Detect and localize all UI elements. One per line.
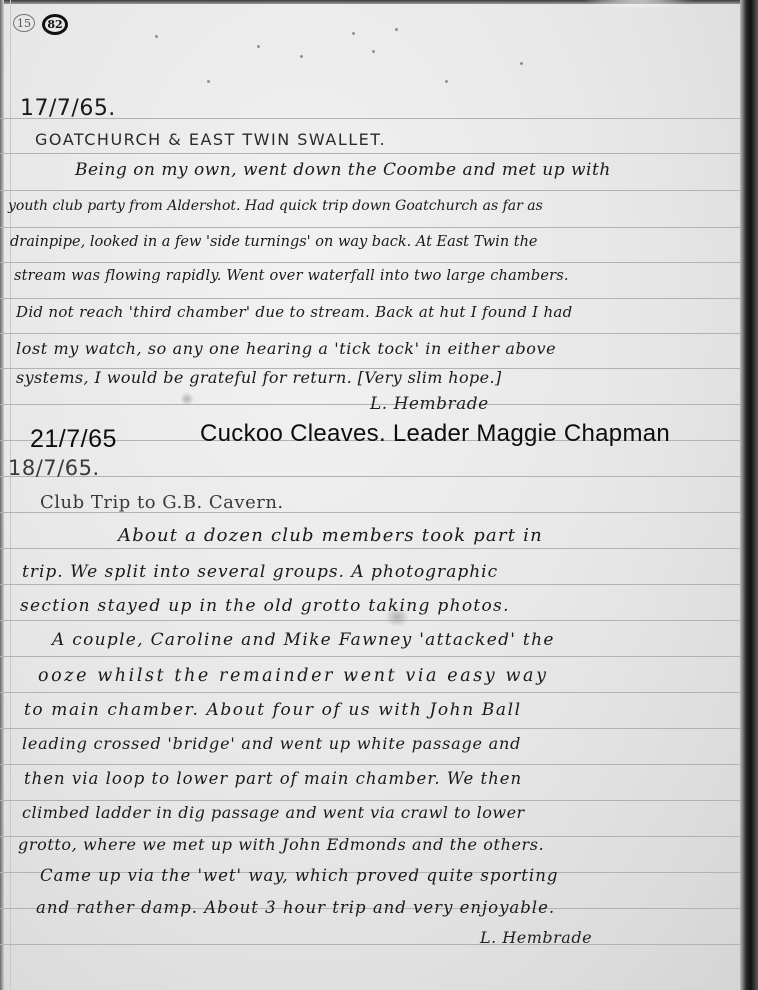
entry2-line: ooze whilst the remainder went via easy … <box>38 666 549 686</box>
ink-speck <box>155 35 158 38</box>
entry1-title: GOATCHURCH & EAST TWIN SWALLET. <box>35 130 386 149</box>
ruled-line <box>0 333 740 334</box>
entry2-line: A couple, Caroline and Mike Fawney 'atta… <box>52 630 555 650</box>
smudge <box>180 392 194 406</box>
entry2-line: grotto, where we met up with John Edmond… <box>18 835 544 854</box>
entry2-line: trip. We split into several groups. A ph… <box>22 562 498 582</box>
light-glare <box>578 0 698 10</box>
ruled-line <box>0 692 740 693</box>
ink-speck <box>300 55 303 58</box>
entry2-date: 18/7/65. <box>8 456 100 480</box>
ink-speck <box>520 62 523 65</box>
entry2-line: and rather damp. About 3 hour trip and v… <box>36 898 555 917</box>
ink-speck <box>372 50 375 53</box>
ruled-line <box>0 944 740 945</box>
entry2-line: About a dozen club members took part in <box>118 525 543 546</box>
ruled-line <box>0 476 740 477</box>
entry2-line: leading crossed 'bridge' and went up whi… <box>22 734 521 753</box>
entry1-line: lost my watch, so any one hearing a 'tic… <box>16 339 556 358</box>
entry2-line: section stayed up in the old grotto taki… <box>20 596 510 616</box>
page-left-edge <box>0 0 4 990</box>
ink-speck <box>207 80 210 83</box>
ruled-line <box>0 656 740 657</box>
notebook-binding <box>740 0 758 990</box>
entry2-line: climbed ladder in dig passage and went v… <box>22 803 525 822</box>
entry1-line: systems, I would be grateful for return.… <box>16 368 502 387</box>
entry1-line: Being on my own, went down the Coombe an… <box>75 160 611 180</box>
ink-speck <box>445 80 448 83</box>
ruled-line <box>0 764 740 765</box>
page-number: 82 <box>42 14 68 35</box>
entry2-line: to main chamber. About four of us with J… <box>24 700 522 720</box>
ruled-line <box>0 548 740 549</box>
ink-speck <box>395 28 398 31</box>
entry1-line: stream was flowing rapidly. Went over wa… <box>14 268 569 284</box>
entry1-date: 17/7/65. <box>20 96 116 121</box>
ruled-line <box>0 153 740 154</box>
margin-rule <box>10 0 11 990</box>
entry1-signature: L. Hembrade <box>370 394 489 414</box>
entry2-signature: L. Hembrade <box>480 928 592 947</box>
entry2-line: Came up via the 'wet' way, which proved … <box>40 866 558 885</box>
entry2-line: then via loop to lower part of main cham… <box>24 769 522 788</box>
old-page-number: 15 <box>13 14 35 32</box>
ruled-line <box>0 227 740 228</box>
inserted-note-text: Cuckoo Cleaves. Leader Maggie Chapman <box>200 420 670 448</box>
entry2-title: Club Trip to G.B. Cavern. <box>40 492 284 513</box>
ruled-line <box>0 800 740 801</box>
ruled-line <box>0 620 740 621</box>
entry1-line: Did not reach 'third chamber' due to str… <box>16 303 573 321</box>
ruled-line <box>0 262 740 263</box>
ruled-line <box>0 584 740 585</box>
ruled-line <box>0 298 740 299</box>
ruled-line <box>0 190 740 191</box>
ruled-line <box>0 728 740 729</box>
inserted-note-date: 21/7/65 <box>30 425 117 454</box>
ink-speck <box>257 45 260 48</box>
entry1-line: youth club party from Aldershot. Had qui… <box>8 198 543 214</box>
entry1-line: drainpipe, looked in a few 'side turning… <box>10 234 538 250</box>
ink-speck <box>352 32 355 35</box>
notebook-page: 15 82 17/7/65. GOATCHURCH & EAST TWIN SW… <box>0 0 758 990</box>
